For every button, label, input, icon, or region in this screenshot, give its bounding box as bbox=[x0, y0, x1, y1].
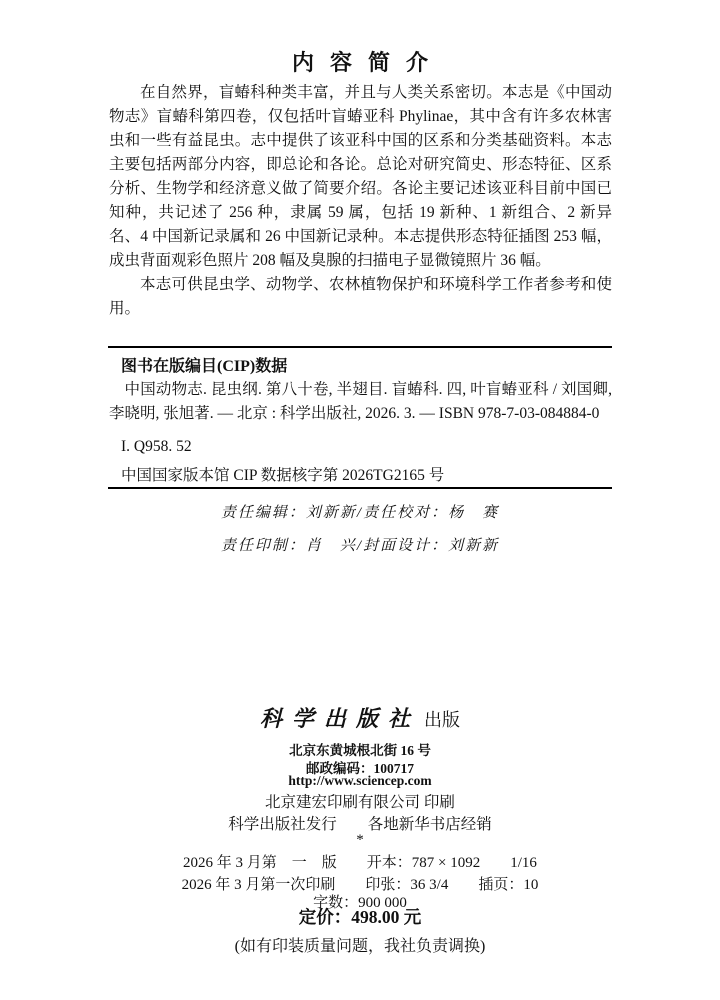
quality-note: (如有印装质量问题，我社负责调换) bbox=[0, 933, 720, 956]
cip-box-top-rule bbox=[108, 346, 612, 348]
printing-design-credit-line: 责任印制：肖 兴/封面设计：刘新新 bbox=[0, 534, 720, 555]
summary-paragraph-2: 本志可供昆虫学、动物学、农林植物保护和环境科学工作者参考和使用。 bbox=[109, 273, 612, 321]
cip-box-bottom-rule bbox=[108, 487, 612, 489]
publisher-logo: 科学出版社 bbox=[260, 706, 420, 731]
publisher-logo-suffix: 出版 bbox=[424, 710, 460, 730]
printer-line: 北京建宏印刷有限公司 印刷 bbox=[0, 790, 720, 812]
cip-heading: 图书在版编目(CIP)数据 bbox=[121, 353, 287, 376]
edition-line: 2026 年 3 月第 一 版 开本：787 × 1092 1/16 bbox=[0, 851, 720, 872]
book-copyright-page: 内容简介 在自然界，盲蝽科种类丰富，并且与人类关系密切。本志是《中国动物志》盲蝽… bbox=[0, 0, 720, 1000]
publisher-logo-line: 科学出版社出版 bbox=[0, 702, 720, 733]
cip-classification-number: I. Q958. 52 bbox=[121, 438, 192, 456]
price-line: 定价：498.00 元 bbox=[0, 904, 720, 929]
editor-credit-line: 责任编辑：刘新新/责任校对：杨 赛 bbox=[0, 501, 720, 522]
publisher-website: http://www.sciencep.com bbox=[0, 773, 720, 789]
content-summary: 在自然界，盲蝽科种类丰富，并且与人类关系密切。本志是《中国动物志》盲蝽科第四卷，… bbox=[109, 81, 612, 321]
cip-catalog-entry: 中国动物志. 昆虫纲. 第八十卷, 半翅目. 盲蝽科. 四, 叶盲蝽亚科 / 刘… bbox=[109, 378, 612, 426]
page-title: 内容简介 bbox=[0, 46, 720, 77]
summary-paragraph-1: 在自然界，盲蝽科种类丰富，并且与人类关系密切。本志是《中国动物志》盲蝽科第四卷，… bbox=[109, 81, 612, 273]
publisher-address: 北京东黄城根北街 16 号 bbox=[0, 739, 720, 759]
cip-record-number: 中国国家版本馆 CIP 数据核字第 2026TG2165 号 bbox=[121, 463, 444, 485]
distribution-line: 科学出版社发行 各地新华书店经销 bbox=[0, 812, 720, 834]
separator-asterisk: * bbox=[0, 832, 720, 849]
